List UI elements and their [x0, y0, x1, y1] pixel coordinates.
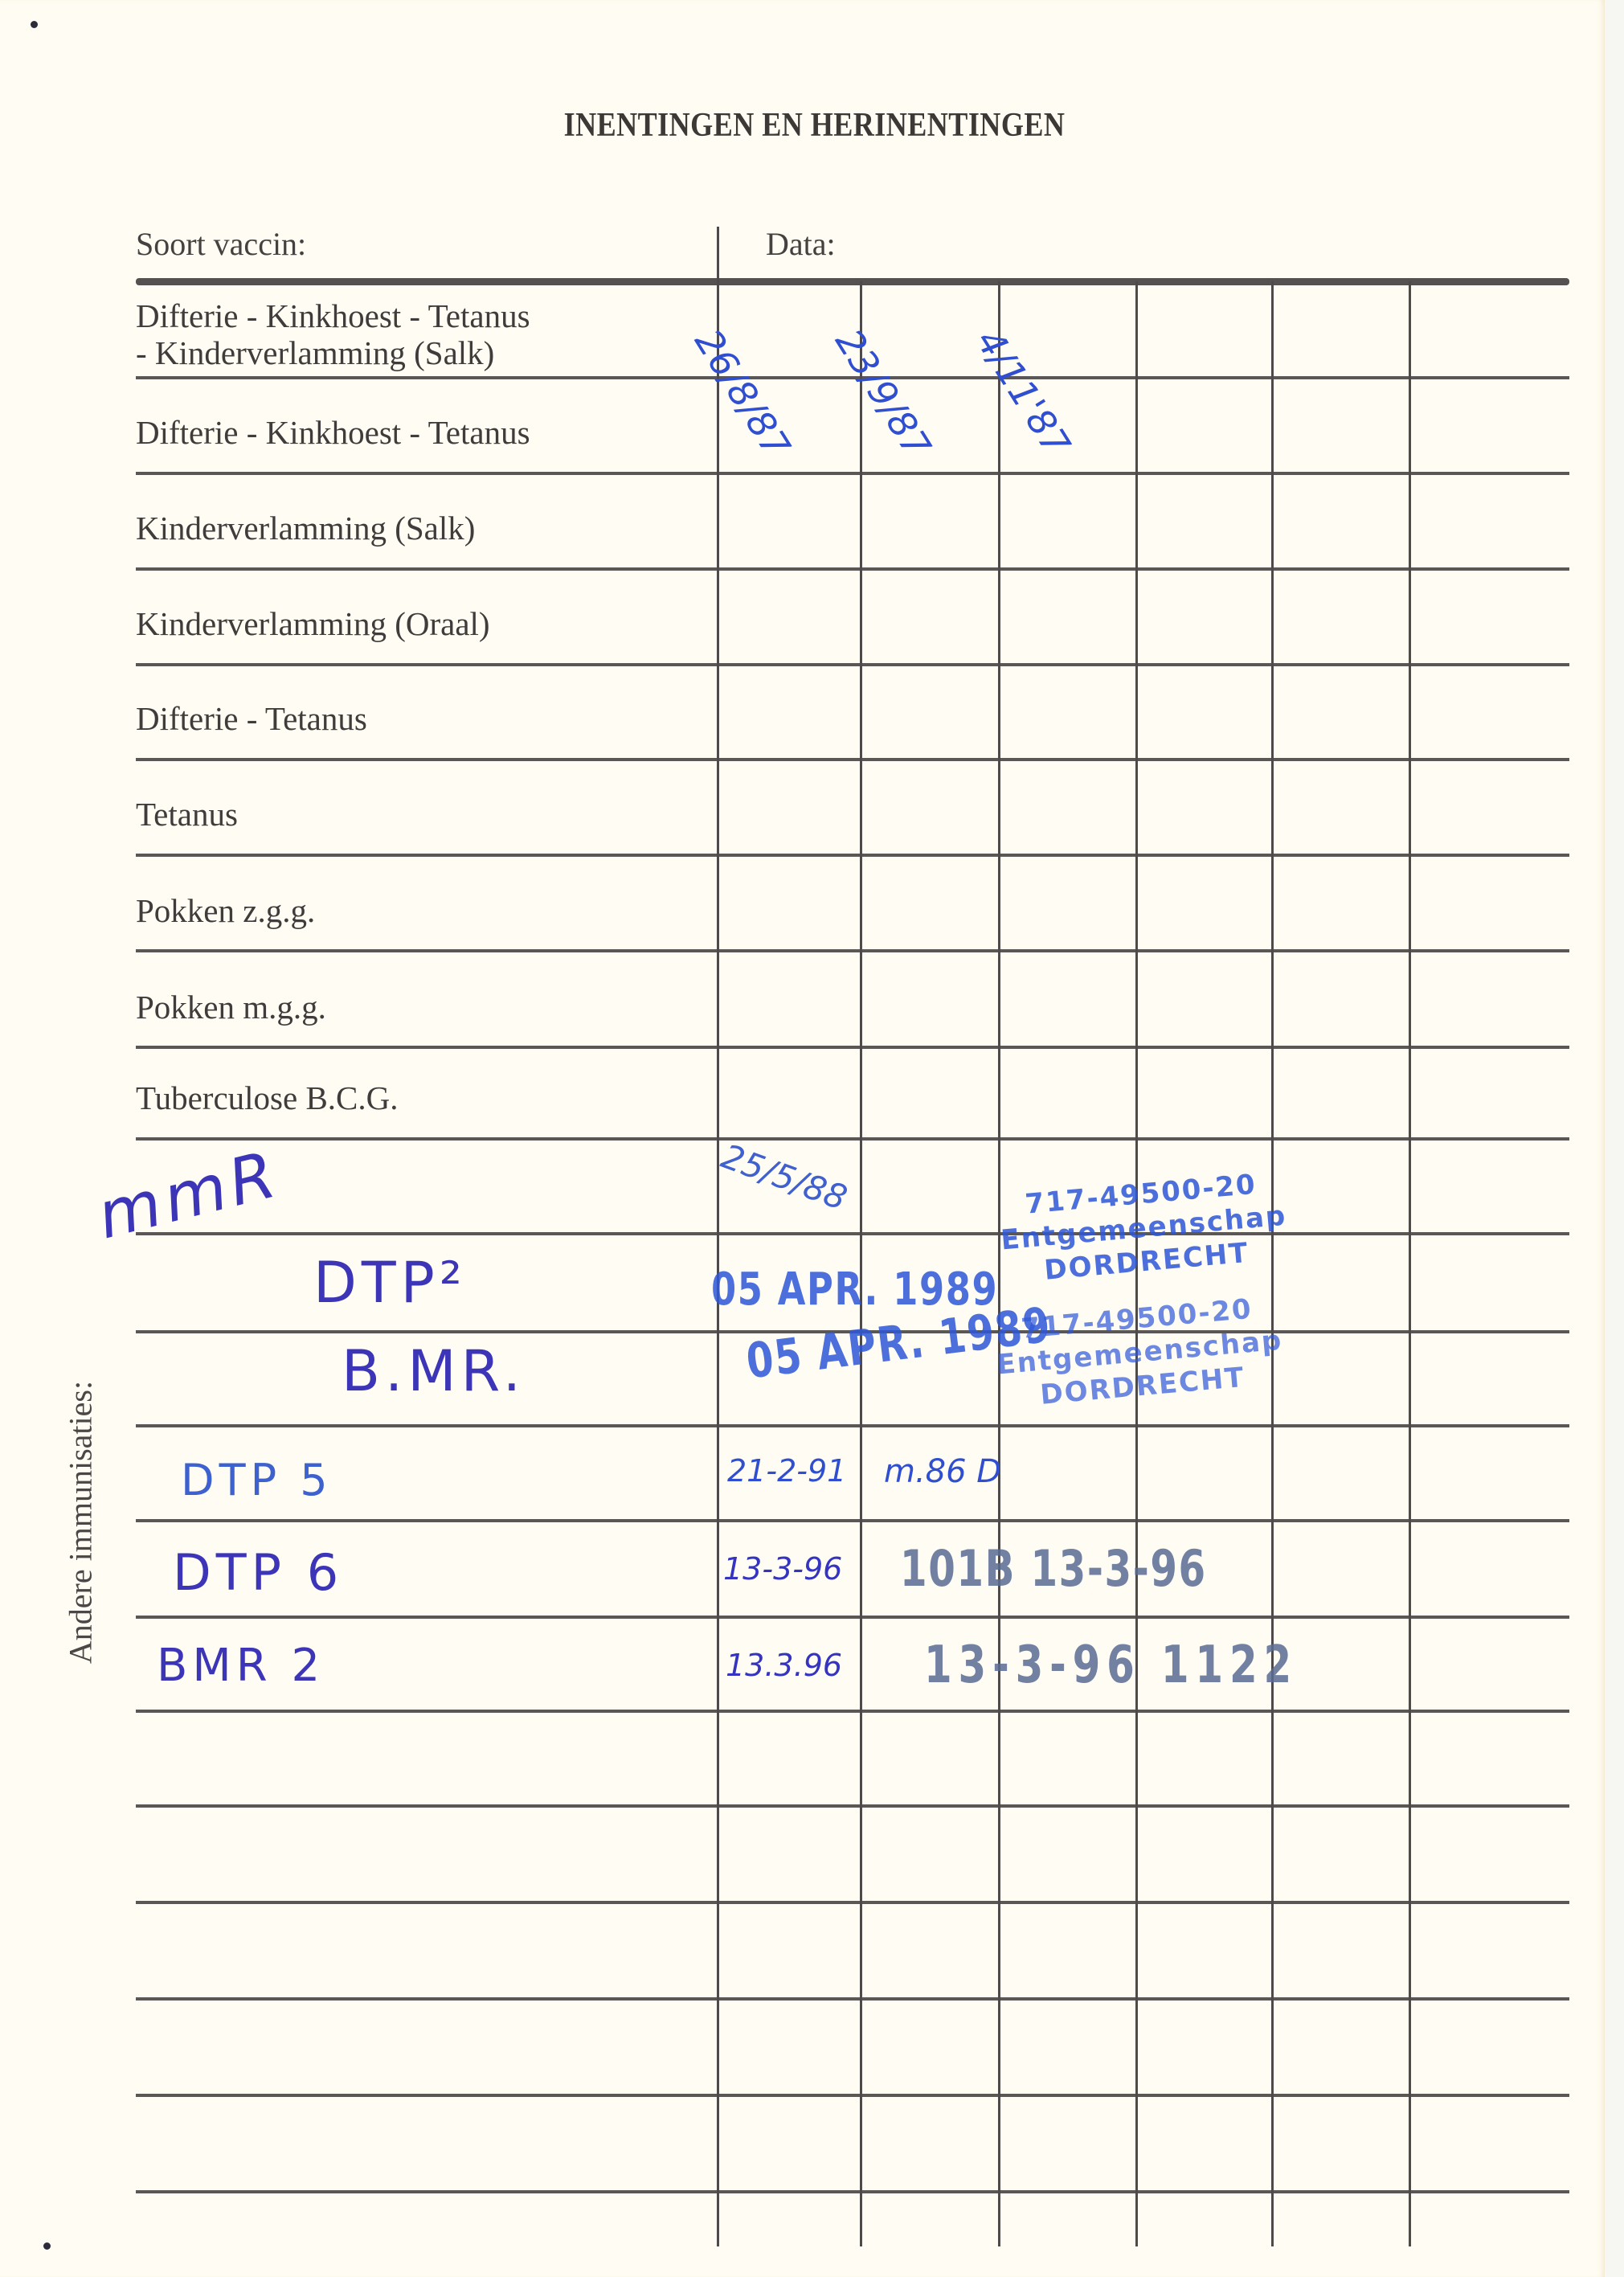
- vaccine-label-dkt: Difterie - Kinkhoest - Tetanus: [136, 414, 530, 451]
- dates-column-header: Data:: [766, 225, 836, 263]
- column-line: [998, 281, 1000, 2246]
- row-line: [136, 1804, 1569, 1808]
- column-line: [1409, 281, 1411, 2246]
- handwritten-vaccine: DTP 5: [181, 1455, 333, 1505]
- row-line: [136, 2094, 1569, 2097]
- ink-spot: [43, 2242, 51, 2250]
- row-line: [136, 472, 1569, 475]
- other-immunisations-label: Andere immunisaties:: [62, 1381, 100, 1664]
- ink-spot: [31, 21, 38, 28]
- handwritten-vaccine: BMR 2: [157, 1640, 325, 1692]
- row-line: [136, 1519, 1569, 1522]
- vaccine-label-bcg: Tuberculose B.C.G.: [136, 1079, 399, 1116]
- row-line: [136, 758, 1569, 761]
- handwritten-vaccine: DTP 6: [173, 1543, 343, 1602]
- row-line: [136, 1997, 1569, 2001]
- handwritten-date: 13-3-96: [723, 1551, 842, 1587]
- row-line: [136, 1901, 1569, 1904]
- handwritten-date: 21-2-91: [727, 1453, 846, 1489]
- handwritten-date: 13.3.96: [726, 1648, 842, 1683]
- row-line: [136, 1424, 1569, 1427]
- row-line: [136, 854, 1569, 857]
- header-rule: [136, 278, 1569, 285]
- page-title: INENTINGEN EN HERINENTINGEN: [116, 106, 1512, 145]
- batch-stamp: 101B 13-3-96: [900, 1539, 1207, 1598]
- handwritten-note: m.86 D: [884, 1453, 1001, 1490]
- row-line: [136, 1616, 1569, 1619]
- vaccine-label-pokken-zgg: Pokken z.g.g.: [136, 892, 315, 929]
- row-line: [136, 1046, 1569, 1049]
- row-line: [136, 1710, 1569, 1713]
- vaccine-label-polio-oraal: Kinderverlamming (Oraal): [136, 605, 490, 642]
- row-line: [136, 949, 1569, 952]
- label-line: - Kinderverlamming (Salk): [136, 334, 530, 371]
- vaccine-column-header: Soort vaccin:: [136, 225, 306, 263]
- vaccine-label-dktp-salk: Difterie - Kinkhoest - Tetanus - Kinderv…: [136, 297, 530, 371]
- column-divider: [717, 227, 719, 2246]
- vaccine-label-tetanus: Tetanus: [136, 796, 238, 833]
- vaccine-label-pokken-mgg: Pokken m.g.g.: [136, 989, 326, 1026]
- handwritten-vaccine: B.MR.: [342, 1338, 526, 1404]
- vaccine-label-dt: Difterie - Tetanus: [136, 700, 367, 737]
- row-line: [136, 1137, 1569, 1141]
- row-line: [136, 1232, 1569, 1235]
- row-line: [136, 663, 1569, 666]
- vaccine-label-polio-salk: Kinderverlamming (Salk): [136, 510, 475, 547]
- row-line: [136, 567, 1569, 571]
- batch-stamp: 13-3-96 1122: [924, 1636, 1298, 1695]
- label-line: Difterie - Kinkhoest - Tetanus: [136, 297, 530, 334]
- handwritten-vaccine: DTP²: [313, 1250, 467, 1316]
- row-line: [136, 2190, 1569, 2193]
